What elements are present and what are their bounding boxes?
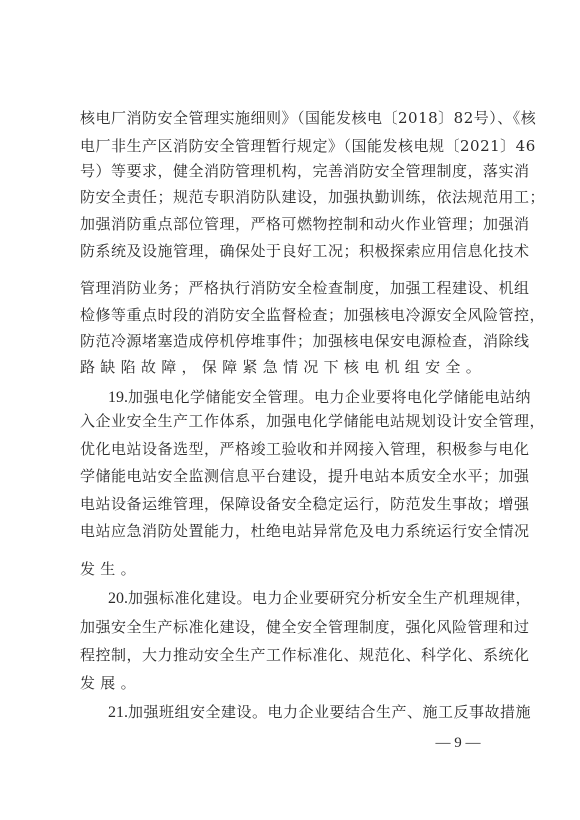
text-line: 核电厂消防安全管理实施细则》（国能发核电〔2018〕82号）、《核 xyxy=(80,104,508,132)
paragraph-21-first-line: 21.加强班组安全建设。电力企业要结合生产、施工反事故措施 xyxy=(108,698,508,726)
text-line: 入企业安全生产工作体系，加强电化学储能电站规划设计安全管理， xyxy=(80,407,508,435)
text-line: 加强班组安全建设。电力企业要结合生产、施工反事故措施 xyxy=(128,703,531,721)
text-line: 优化电站设备选型，严格竣工验收和并网接入管理，积极参与电化 xyxy=(80,435,508,463)
text-line: 加强标准化建设。电力企业要研究分析安全生产机理规律， xyxy=(128,589,531,607)
text-line: 发展。 xyxy=(80,669,508,697)
text-line: 程控制，大力推动安全生产工作标准化、规范化、科学化、系统化 xyxy=(80,641,508,669)
page-number: — 9 — xyxy=(430,731,486,755)
text-line: 发生。 xyxy=(80,555,508,583)
text-line: 路缺陷故障，保障紧急情况下核电机组安全。 xyxy=(80,353,508,381)
text-line: 加强消防重点部位管理，严格可燃物控制和动火作业管理；加强消 xyxy=(80,210,508,238)
text-line: 防安全责任；规范专职消防队建设，加强执勤训练，依法规范用工； xyxy=(80,183,508,211)
text-line: 管理消防业务；严格执行消防安全检查制度，加强工程建设、机组 xyxy=(80,274,508,302)
text-line: 电站应急消防处置能力，杜绝电站异常危及电力系统运行安全情况 xyxy=(80,517,508,545)
text-line: 防范冷源堵塞造成停机停堆事件；加强核电保安电源检查，消除线 xyxy=(80,327,508,355)
text-line: 检修等重点时段的消防安全监督检查；加强核电冷源安全风险管控， xyxy=(80,301,508,329)
text-line: 电站设备运维管理，保障设备安全稳定运行，防范发生事故；增强 xyxy=(80,490,508,518)
paragraph-20-first-line: 20.加强标准化建设。电力企业要研究分析安全生产机理规律， xyxy=(108,584,508,612)
item-number: 20. xyxy=(108,590,128,607)
text-line: 加强电化学储能安全管理。电力企业要将电化学储能电站纳 xyxy=(128,388,531,406)
text-line: 电厂非生产区消防安全管理暂行规定》（国能发核电规〔2021〕46 xyxy=(80,132,508,160)
text-line: 学储能电站安全监测信息平台建设，提升电站本质安全水平；加强 xyxy=(80,462,508,490)
document-page: 核电厂消防安全管理实施细则》（国能发核电〔2018〕82号）、《核 电厂非生产区… xyxy=(0,0,580,820)
text-line: 加强安全生产标准化建设，健全安全管理制度，强化风险管理和过 xyxy=(80,613,508,641)
item-number: 21. xyxy=(108,704,128,721)
text-line: 防系统及设施管理，确保处于良好工况；积极探索应用信息化技术 xyxy=(80,237,508,265)
text-line: 号）等要求，健全消防管理机构，完善消防安全管理制度，落实消 xyxy=(80,157,508,185)
item-number: 19. xyxy=(108,389,128,406)
